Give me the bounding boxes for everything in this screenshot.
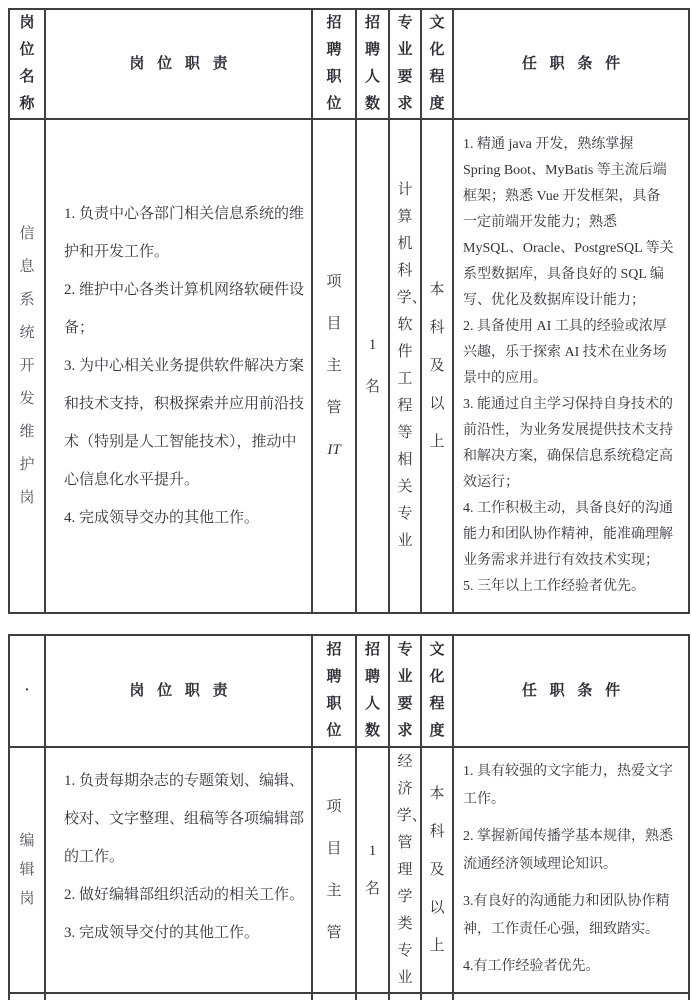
- t2-header-duties-label: 岗位职责: [117, 682, 241, 700]
- t1-condition-item: 4. 工作积极主动，具备良好的沟通能力和团队协作精神，能准确理解业务需求并进行有…: [463, 496, 674, 574]
- t2-stub-cell: [390, 994, 422, 1000]
- t2-education: 本科及以上: [429, 775, 446, 965]
- t2-cell-recruit-position: 项目主管: [313, 748, 357, 994]
- t1-header-duties: 岗位职责: [46, 10, 313, 120]
- t2-header-conditions-label: 任职条件: [509, 682, 633, 700]
- t1-major: 计算机科学、软件工程等相关专业: [397, 177, 414, 555]
- t2-cell-education: 本科及以上: [422, 748, 454, 994]
- t1-header-conditions-label: 任职条件: [509, 55, 633, 73]
- t2-header-education: 文化程度: [422, 636, 454, 748]
- t2-duty-item: 3. 完成领导交付的其他工作。: [64, 914, 305, 952]
- t2-condition-item: 3.有良好的沟通能力和团队协作精神，工作责任心强，细致踏实。: [463, 888, 674, 944]
- t1-duty-item: 2. 维护中心各类计算机网络软硬件设备；: [64, 271, 305, 347]
- t2-stub-cell: [46, 994, 313, 1000]
- t2-stub-cell: [357, 994, 390, 1000]
- t2-header-education-label: 文化程度: [429, 637, 446, 745]
- t2-header-recruit-position-label: 招聘职位: [326, 637, 343, 745]
- t1-cell-duties: 1. 负责中心各部门相关信息系统的维护和开发工作。 2. 维护中心各类计算机网络…: [46, 120, 313, 614]
- t2-cell-conditions: 1. 具有较强的文字能力，热爱文字工作。 2. 掌握新闻传播学基本规律，熟悉流通…: [454, 748, 690, 994]
- t2-cell-duties: 1. 负责每期杂志的专题策划、编辑、校对、文字整理、组稿等各项编辑部的工作。 2…: [46, 748, 313, 994]
- t2-header-duties: 岗位职责: [46, 636, 313, 748]
- t1-header-recruit-count: 招聘人数: [357, 10, 390, 120]
- t1-condition-item: 2. 具备使用 AI 工具的经验或浓厚兴趣，乐于探索 AI 技术在业务场景中的应…: [463, 314, 674, 392]
- t1-header-recruit-position-label: 招聘职位: [326, 10, 343, 118]
- t2-major: 经济学、管理学类专业: [397, 749, 414, 992]
- t1-cell-conditions: 1. 精通 java 开发，熟练掌握 Spring Boot、MyBatis 等…: [454, 120, 690, 614]
- t1-cell-position-name: 信息系统开发维护岗: [10, 120, 46, 614]
- t1-condition-item: 3. 能通过自主学习保持自身技术的前沿性，为业务发展提供技术支持和解决方案，确保…: [463, 392, 674, 496]
- t1-cell-major: 计算机科学、软件工程等相关专业: [390, 120, 422, 614]
- t2-header-position-name: ·: [10, 636, 46, 748]
- t1-education: 本科及以上: [429, 271, 446, 461]
- t2-stub-cell: [454, 994, 690, 1000]
- t2-duty-item: 1. 负责每期杂志的专题策划、编辑、校对、文字整理、组稿等各项编辑部的工作。: [64, 762, 305, 876]
- t2-position-name: 编辑岗: [19, 827, 36, 914]
- t1-header-recruit-count-label: 招聘人数: [364, 10, 381, 118]
- t1-header-position-name: 岗位名称: [10, 10, 46, 120]
- t2-header-recruit-count-label: 招聘人数: [364, 637, 381, 745]
- t1-recruit-position-suffix: IT: [326, 429, 343, 471]
- t2-header-major: 专业要求: [390, 636, 422, 748]
- t1-recruit-count: 1 名: [365, 324, 380, 408]
- t2-condition-item: 1. 具有较强的文字能力，热爱文字工作。: [463, 758, 674, 814]
- t1-cell-recruit-position: 项目主管 IT: [313, 120, 357, 614]
- t2-header-dot: ·: [25, 683, 30, 699]
- t2-header-recruit-position: 招聘职位: [313, 636, 357, 748]
- t1-header-education-label: 文化程度: [429, 10, 446, 118]
- t1-header-position-name-label: 岗位名称: [19, 10, 36, 118]
- t1-header-conditions: 任职条件: [454, 10, 690, 120]
- t1-duty-item: 4. 完成领导交办的其他工作。: [64, 499, 305, 537]
- recruitment-table-2: · 岗位职责 招聘职位 招聘人数 专业要求 文化程度 任职条件 编辑岗 1. 负…: [8, 634, 690, 1000]
- recruitment-table-1: 岗位名称 岗位职责 招聘职位 招聘人数 专业要求 文化程度 任职条件 信息系统开…: [8, 8, 690, 614]
- t2-header-major-label: 专业要求: [397, 637, 414, 745]
- t1-header-duties-label: 岗位职责: [117, 55, 241, 73]
- t2-cell-recruit-count: 1 名: [357, 748, 390, 994]
- t1-header-major: 专业要求: [390, 10, 422, 120]
- t1-header-major-label: 专业要求: [397, 10, 414, 118]
- t2-stub-cell: [313, 994, 357, 1000]
- t1-header-recruit-position: 招聘职位: [313, 10, 357, 120]
- t2-recruit-position: 项目主管: [326, 786, 343, 954]
- t1-header-education: 文化程度: [422, 10, 454, 120]
- t1-position-name: 信息系统开发维护岗: [19, 218, 36, 515]
- t1-condition-item: 5. 三年以上工作经验者优先。: [463, 574, 674, 600]
- t2-header-recruit-count: 招聘人数: [357, 636, 390, 748]
- t2-stub-cell: [422, 994, 454, 1000]
- t2-recruit-count: 1 名: [365, 832, 380, 908]
- t1-cell-recruit-count: 1 名: [357, 120, 390, 614]
- t2-duty-item: 2. 做好编辑部组织活动的相关工作。: [64, 876, 305, 914]
- t1-cell-education: 本科及以上: [422, 120, 454, 614]
- t2-stub-cell: [10, 994, 46, 1000]
- t2-condition-item: 2. 掌握新闻传播学基本规律，熟悉流通经济领域理论知识。: [463, 823, 674, 879]
- t2-cell-major: 经济学、管理学类专业: [390, 748, 422, 994]
- t1-recruit-position: 项目主管: [326, 274, 341, 416]
- t1-condition-item: 1. 精通 java 开发，熟练掌握 Spring Boot、MyBatis 等…: [463, 132, 674, 314]
- t2-cell-position-name: 编辑岗: [10, 748, 46, 994]
- t2-condition-item: 4.有工作经验者优先。: [463, 953, 674, 981]
- t1-duty-item: 3. 为中心相关业务提供软件解决方案和技术支持，积极探索并应用前沿技术（特别是人…: [64, 347, 305, 499]
- t2-header-conditions: 任职条件: [454, 636, 690, 748]
- t1-duty-item: 1. 负责中心各部门相关信息系统的维护和开发工作。: [64, 195, 305, 271]
